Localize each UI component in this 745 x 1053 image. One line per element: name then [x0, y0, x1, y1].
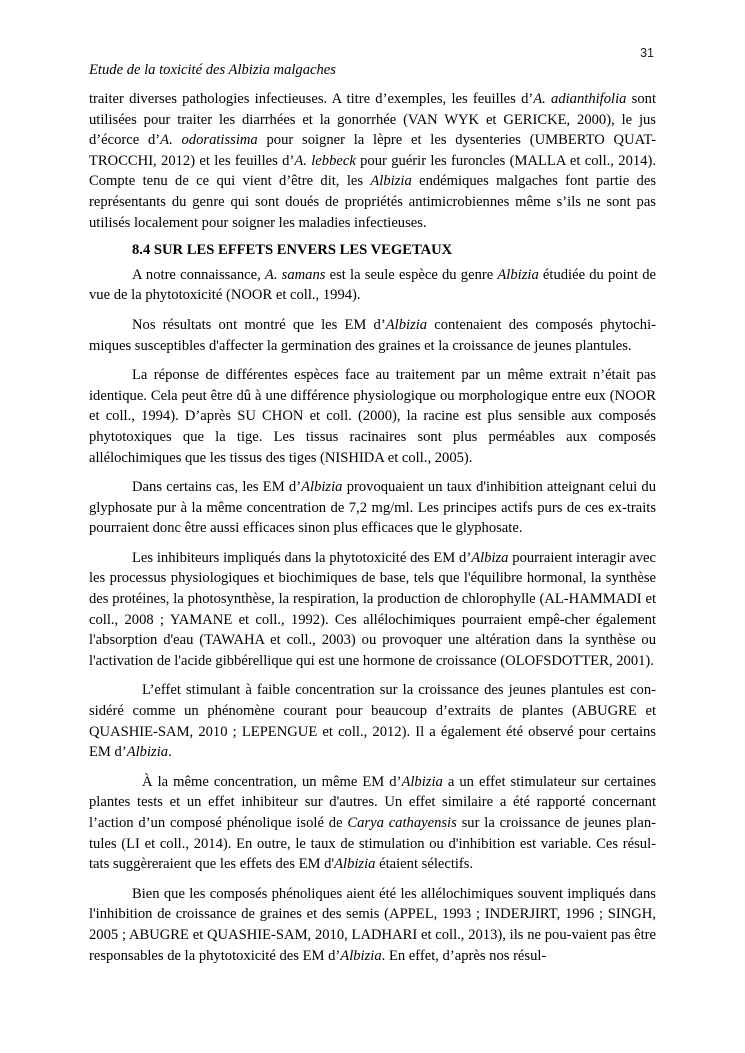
- italic-term: A. adianthifolia: [533, 91, 626, 107]
- body-text: traiter diverses pathologies infectieuse…: [89, 89, 656, 966]
- paragraph-phytotoxicity-prior-study: A notre connaissance, A. samans est la s…: [89, 265, 656, 306]
- italic-term: Albizia: [301, 479, 342, 495]
- italic-term: Albizia: [386, 317, 427, 333]
- page-number: 31: [640, 46, 654, 60]
- text-run: est la seule espèce du genre: [325, 267, 497, 283]
- intro-paragraph: traiter diverses pathologies infectieuse…: [89, 89, 656, 233]
- italic-term: Albizia: [370, 173, 411, 189]
- text-run: . En effet, d’après nos résul-: [382, 948, 547, 964]
- text-run: La réponse de différentes espèces face a…: [89, 367, 656, 465]
- section-heading: 8.4 SUR LES EFFETS ENVERS LES VEGETAUX: [89, 240, 656, 261]
- italic-term: Albizia: [497, 267, 538, 283]
- italic-term: Albizia: [127, 744, 168, 760]
- text-run: À la même concentration, un même EM d’: [142, 774, 401, 790]
- text-run: traiter diverses pathologies infectieuse…: [89, 91, 533, 107]
- text-run: L’effet stimulant à faible concentration…: [89, 682, 656, 760]
- text-run: Les inhibiteurs impliqués dans la phytot…: [132, 550, 471, 566]
- text-run: .: [168, 744, 172, 760]
- text-run: A notre connaissance,: [132, 267, 265, 283]
- paragraph-results: Nos résultats ont montré que les EM d’Al…: [89, 315, 656, 356]
- italic-term: Albizia: [334, 856, 375, 872]
- running-header: Etude de la toxicité des Albizia malgach…: [89, 62, 336, 79]
- paragraph-phenolic-compounds: Bien que les composés phénoliques aient …: [89, 884, 656, 966]
- italic-term: A. lebbeck: [294, 153, 355, 169]
- text-run: Dans certains cas, les EM d’: [132, 479, 301, 495]
- italic-term: A. samans: [265, 267, 326, 283]
- text-run: étaient sélectifs.: [375, 856, 473, 872]
- italic-term: Carya cathayensis: [347, 815, 456, 831]
- paragraph-selective-effects: À la même concentration, un même EM d’Al…: [89, 772, 656, 875]
- italic-term: Albizia: [401, 774, 442, 790]
- italic-term: A. odoratissima: [160, 132, 258, 148]
- text-run: Nos résultats ont montré que les EM d’: [132, 317, 386, 333]
- italic-term: Albizia: [340, 948, 381, 964]
- italic-term: Albiza: [471, 550, 508, 566]
- text-run: pourraient interagir avec les processus …: [89, 550, 656, 669]
- paragraph-inhibitors: Les inhibiteurs impliqués dans la phytot…: [89, 548, 656, 672]
- document-page: 31 Etude de la toxicité des Albizia malg…: [0, 0, 745, 1053]
- paragraph-glyphosate-comparison: Dans certains cas, les EM d’Albizia prov…: [89, 477, 656, 539]
- paragraph-stimulant-effect: L’effet stimulant à faible concentration…: [89, 680, 656, 762]
- paragraph-species-response: La réponse de différentes espèces face a…: [89, 365, 656, 468]
